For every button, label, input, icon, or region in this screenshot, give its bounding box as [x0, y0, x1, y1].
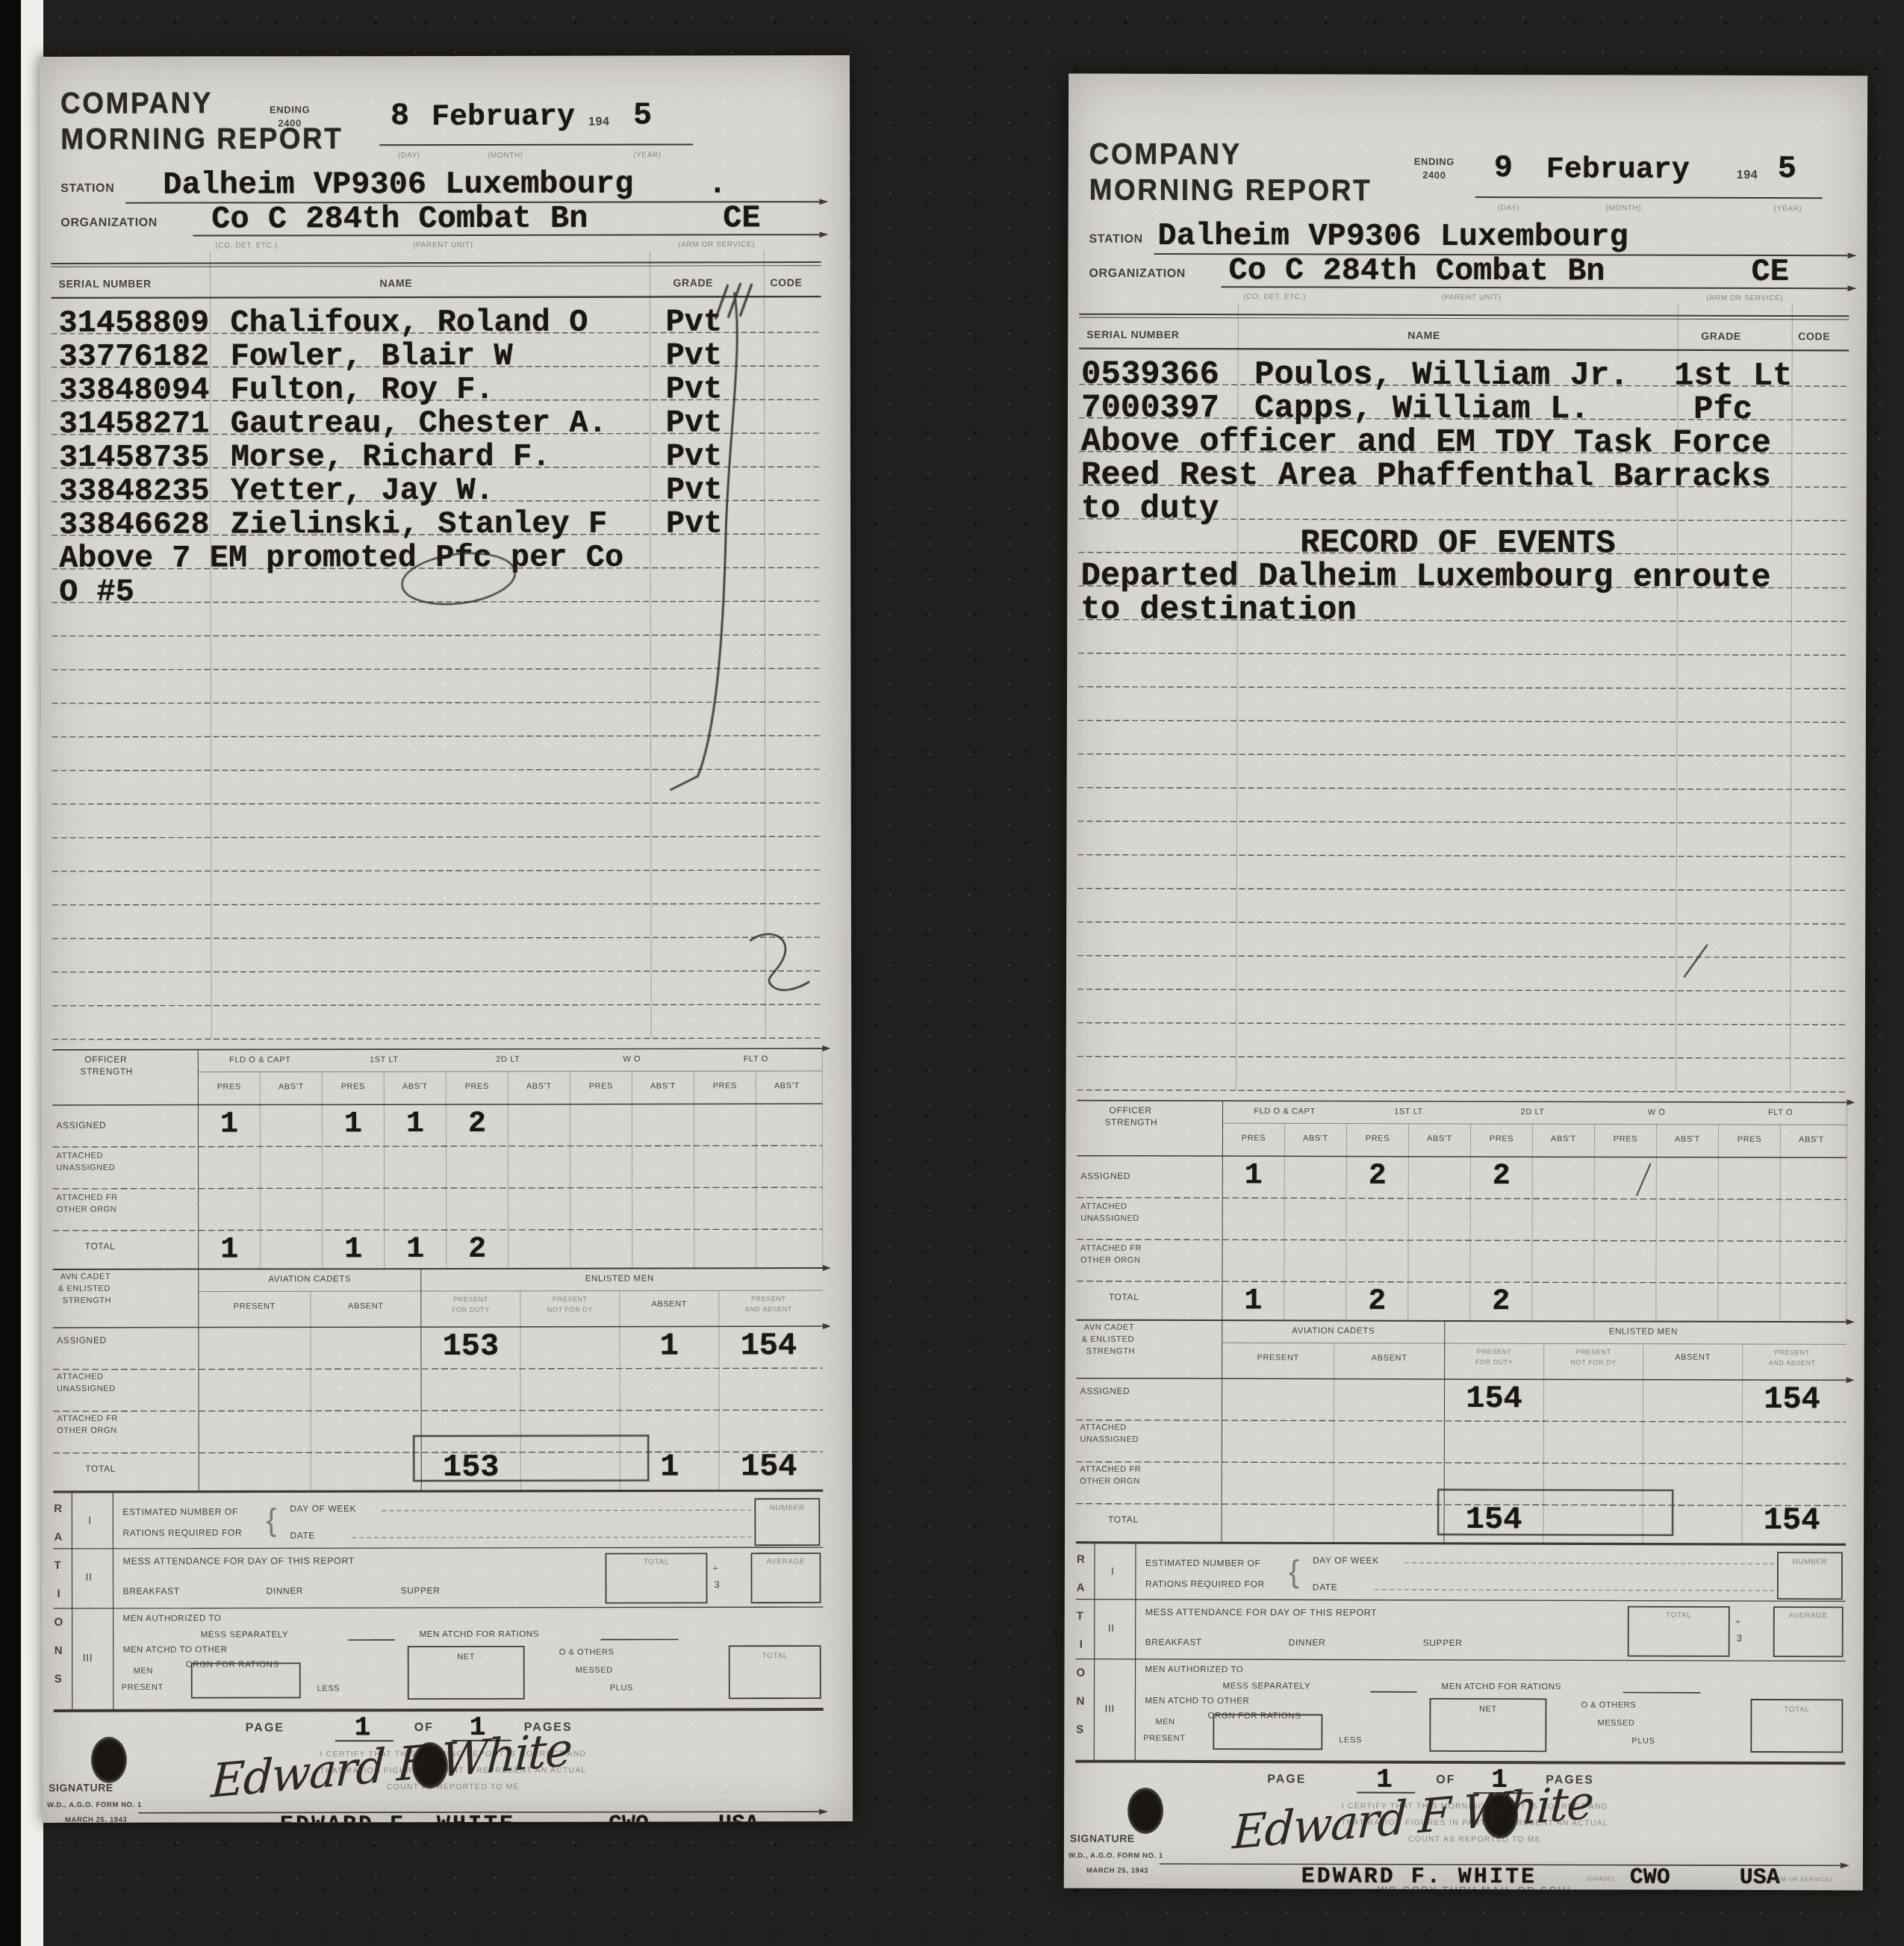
scan-background: { "labels": { "title1": "COMPANY", "titl… [0, 0, 1904, 1946]
pen-marks [1064, 108, 1867, 1891]
pen-marks [40, 55, 853, 1823]
morning-report-page-feb8: COMPANY MORNING REPORT ENDING 2400 8 Feb… [40, 55, 853, 1823]
scan-edge-black-bar [0, 0, 21, 1946]
morning-report-page-feb9: COMPANY MORNING REPORT ENDING 2400 9 Feb… [1064, 74, 1867, 1891]
arm-paren-label: (ARM OR SERVICE) [748, 1822, 811, 1823]
